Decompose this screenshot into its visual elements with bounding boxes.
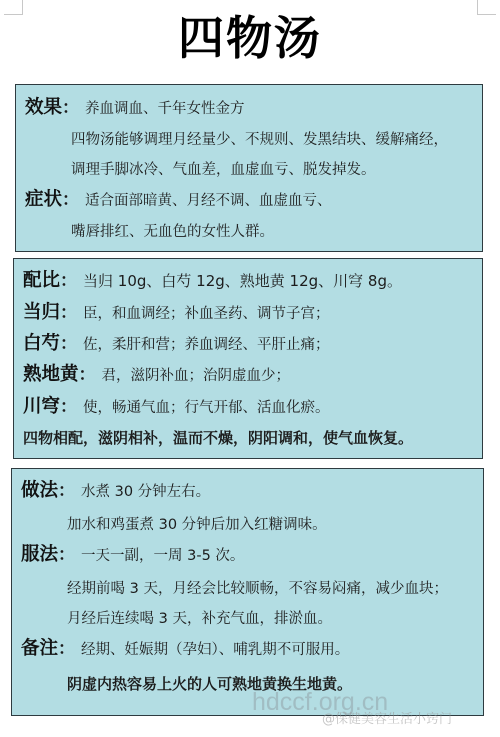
dosage-row: 服法：一天一副，一周 3-5 次。 xyxy=(21,545,244,566)
author-watermark: @保健美容生活小窍门 xyxy=(322,708,452,727)
method-row: 做法：水煮 30 分钟左右。 xyxy=(21,481,210,502)
page-title: 四物汤 xyxy=(0,8,500,68)
ratio-label: 配比 xyxy=(23,270,60,291)
effect-row: 效果：养血调血、千年女性金方 xyxy=(25,98,245,119)
notes-row: 备注：经期、妊娠期（孕妇）、哺乳期不可服用。 xyxy=(21,639,349,660)
symptoms-label: 症状 xyxy=(25,189,62,210)
formula-box: 配比：当归 10g、白芍 12g、熟地黄 12g、川穹 8g。 当归：臣，和血调… xyxy=(13,258,483,459)
herb-row-chuanqiong: 川穹：使，畅通气血；行气开郁、活血化瘀。 xyxy=(23,397,330,418)
method-label: 做法 xyxy=(21,480,58,501)
effects-box: 效果：养血调血、千年女性金方 四物汤能够调理月经量少、不规则、发黑结块、缓解痛经… xyxy=(15,84,483,252)
dosage-line-2: 月经后连续喝 3 天，补充气血，排淤血。 xyxy=(67,609,332,629)
ratio-text: 当归 10g、白芍 12g、熟地黄 12g、川穹 8g。 xyxy=(83,272,402,290)
herb-row-baishao: 白芍：佐，柔肝和营；养血调经、平肝止痛； xyxy=(23,334,330,355)
herb-row-shudihuang: 熟地黄：君，滋阴补血；治阴虚血少； xyxy=(23,365,290,386)
formula-conclusion: 四物相配，滋阴相补，温而不燥，阴阳调和，使气血恢复。 xyxy=(23,428,413,448)
effect-summary: 养血调血、千年女性金方 xyxy=(85,101,245,117)
dosage-line-1: 经期前喝 3 天，月经会比较顺畅，不容易闷痛，减少血块； xyxy=(67,579,448,599)
symptoms-summary: 适合面部暗黄、月经不调、血虚血亏、 xyxy=(85,193,332,209)
method-line-1: 加水和鸡蛋煮 30 分钟后加入红糖调味。 xyxy=(67,515,327,535)
notes-label: 备注 xyxy=(21,638,58,659)
herb-row-danggui: 当归：臣，和血调经；补血圣药、调节子宫； xyxy=(23,303,330,324)
effect-line-2: 调理手脚冰冷、气血差，血虚血亏、脱发掉发。 xyxy=(71,160,376,180)
ratio-row: 配比：当归 10g、白芍 12g、熟地黄 12g、川穹 8g。 xyxy=(23,271,402,292)
symptoms-row: 症状：适合面部暗黄、月经不调、血虚血亏、 xyxy=(25,190,332,211)
effect-label: 效果 xyxy=(25,97,62,118)
effect-line-1: 四物汤能够调理月经量少、不规则、发黑结块、缓解痛经， xyxy=(71,130,448,150)
usage-box: 做法：水煮 30 分钟左右。 加水和鸡蛋煮 30 分钟后加入红糖调味。 服法：一… xyxy=(11,468,484,716)
symptoms-line-1: 嘴唇排红、无血色的女性人群。 xyxy=(71,222,274,242)
dosage-label: 服法 xyxy=(21,544,58,565)
